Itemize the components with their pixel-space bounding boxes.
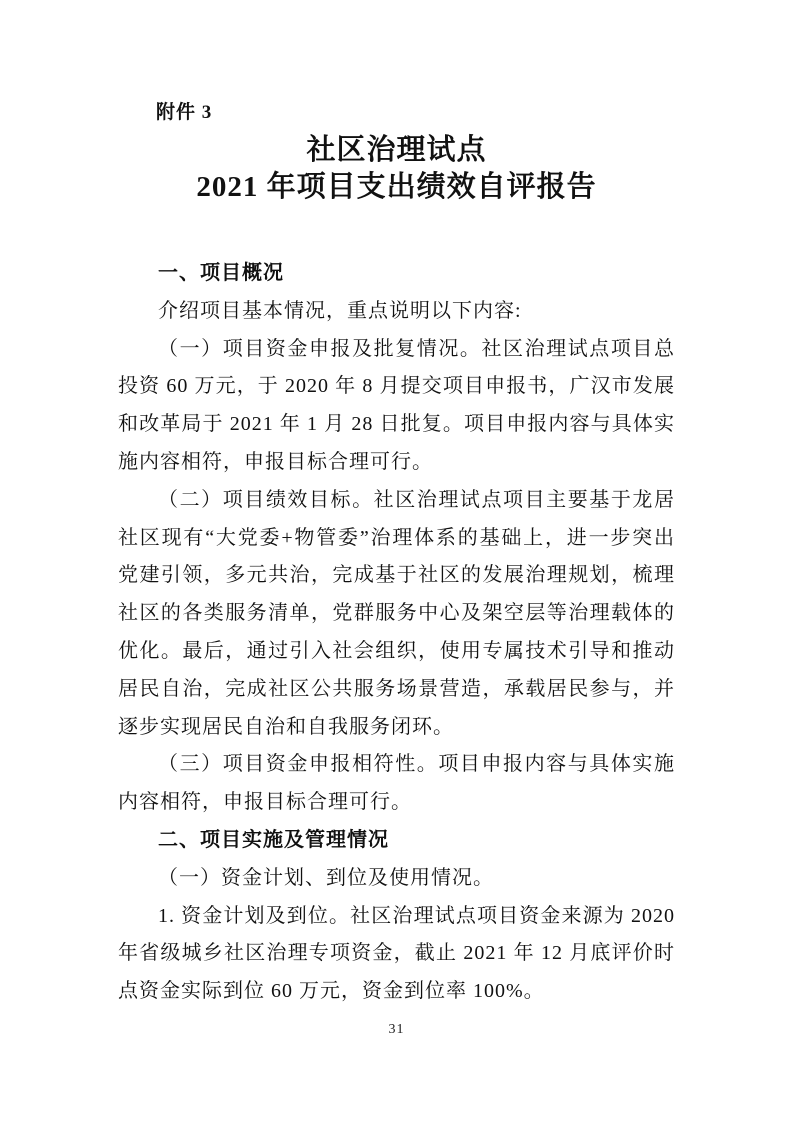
paragraph-funding-application-approval: （一）项目资金申报及批复情况。社区治理试点项目总投资 60 万元，于 2020 … [118,331,675,482]
section-heading-project-overview: 一、项目概况 [118,255,675,293]
document-title-line-2: 2021 年项目支出绩效自评报告 [118,169,675,206]
document-page: 附件 3 社区治理试点 2021 年项目支出绩效自评报告 一、项目概况 介绍项目… [0,0,793,1122]
document-content: 附件 3 社区治理试点 2021 年项目支出绩效自评报告 一、项目概况 介绍项目… [118,0,675,1011]
paragraph-fund-plan-arrival: 1. 资金计划及到位。社区治理试点项目资金来源为 2020 年省级城乡社区治理专… [118,898,675,1011]
paragraph-intro: 介绍项目基本情况，重点说明以下内容: [118,293,675,331]
document-title: 社区治理试点 2021 年项目支出绩效自评报告 [118,132,675,206]
paragraph-fund-plan-usage: （一）资金计划、到位及使用情况。 [118,860,675,898]
attachment-label: 附件 3 [118,0,675,128]
paragraph-funding-consistency: （三）项目资金申报相符性。项目申报内容与具体实施内容相符，申报目标合理可行。 [118,746,675,822]
document-body: 一、项目概况 介绍项目基本情况，重点说明以下内容: （一）项目资金申报及批复情况… [118,255,675,1011]
page-number: 31 [0,1022,793,1038]
section-heading-implementation-management: 二、项目实施及管理情况 [118,822,675,860]
document-title-line-1: 社区治理试点 [118,132,675,169]
paragraph-performance-goal: （二）项目绩效目标。社区治理试点项目主要基于龙居社区现有“大党委+物管委”治理体… [118,482,675,747]
